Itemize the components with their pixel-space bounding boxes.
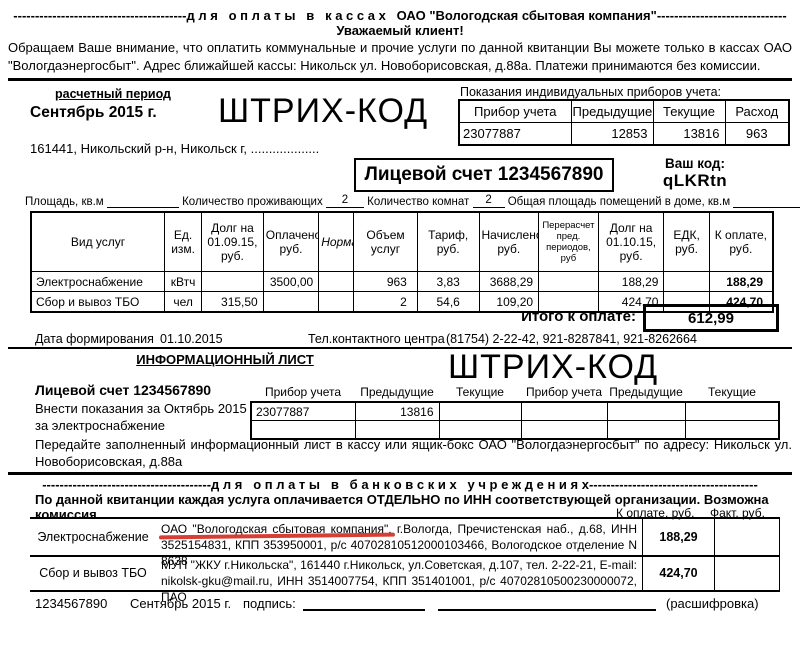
charges-header-cell: Долг на 01.10.15, руб. xyxy=(598,212,664,272)
residents-value: 2 xyxy=(326,194,364,208)
total-value: 612,99 xyxy=(688,310,734,327)
charges-header-cell: Перерасчет пред. периодов, руб xyxy=(539,212,599,272)
charges-header-row: Вид услуг Ед. изм. Долг на 01.09.15, руб… xyxy=(31,212,773,272)
charges-cell xyxy=(664,272,709,292)
info-header-cell: Прибор учета xyxy=(521,383,607,402)
info-current-cell[interactable] xyxy=(439,402,521,421)
charges-header-cell: Долг на 01.09.15, руб. xyxy=(202,212,264,272)
meter-current-cell: 13816 xyxy=(653,123,725,146)
formation-value: 01.10.2015 xyxy=(160,332,223,346)
info-current-cell[interactable] xyxy=(685,402,779,421)
rooms-value: 2 xyxy=(473,194,505,208)
info-sheet-title: ИНФОРМАЦИОННЫЙ ЛИСТ xyxy=(0,352,450,367)
dash-decor: --------------------------------------- xyxy=(42,477,211,492)
bank-title-line: ---------------------------------------д… xyxy=(0,477,800,492)
charges-cell xyxy=(263,292,318,313)
charges-table: Вид услуг Ед. изм. Долг на 01.09.15, руб… xyxy=(30,211,774,313)
info-account: Лицевой счет 1234567890 xyxy=(35,382,211,398)
info-header-cell: Текущие xyxy=(439,383,521,402)
address-line: 161441, Никольский р-н, Никольск г, ....… xyxy=(30,141,319,156)
signature-label: подпись: xyxy=(243,596,296,611)
divider-thick xyxy=(8,472,792,475)
meter-header-cell: Предыдущие xyxy=(571,100,653,123)
cash-notice: Обращаем Ваше внимание, что оплатить ком… xyxy=(8,39,792,75)
charges-cell: чел xyxy=(165,292,202,313)
dash-decor: ---------------------------------------- xyxy=(13,8,186,23)
meter-previous-cell: 12853 xyxy=(571,123,653,146)
charges-cell: 3688,29 xyxy=(479,272,539,292)
barcode-placeholder-top: ШТРИХ-КОД xyxy=(218,92,428,131)
your-code-block: Ваш код: qLKRtn xyxy=(640,156,750,191)
meter-device-cell: 23077887 xyxy=(459,123,571,146)
meter-header-cell: Прибор учета xyxy=(459,100,571,123)
charges-cell xyxy=(319,272,354,292)
charges-cell xyxy=(319,292,354,313)
charges-cell: 188,29 xyxy=(709,272,773,292)
dash-decor: --------------------------------------- xyxy=(589,477,758,492)
footer-period: Сентябрь 2015 г. xyxy=(130,596,231,611)
period-value: Сентябрь 2015 г. xyxy=(30,104,157,122)
bank-amount: 424,70 xyxy=(642,555,715,590)
info-device-cell[interactable] xyxy=(521,402,607,421)
meter-value-row: 23077887 12853 13816 963 xyxy=(459,123,789,146)
info-header-cell: Текущие xyxy=(685,383,779,402)
meter-header-cell: Текущие xyxy=(653,100,725,123)
dwelling-line: Площадь, кв.м Количество проживающих 2 К… xyxy=(25,194,795,208)
utility-bill-page: ----------------------------------------… xyxy=(0,0,800,665)
info-previous-cell[interactable] xyxy=(607,402,685,421)
info-header-cell: Прибор учета xyxy=(251,383,355,402)
charges-cell: 188,29 xyxy=(598,272,664,292)
contact-center-label: Тел.контактного центра xyxy=(308,332,445,346)
dash-decor: ------------------------------ xyxy=(657,8,787,23)
footer-account: 1234567890 xyxy=(35,596,107,611)
contact-center-phones: (81754) 2-22-42, 921-8287841, 921-826266… xyxy=(446,332,697,346)
cash-title-line: ----------------------------------------… xyxy=(0,8,800,23)
charges-cell: 3500,00 xyxy=(263,272,318,292)
bank-row-electricity: Электроснабжение ОАО "Вологодская сбытов… xyxy=(30,517,780,557)
bank-org-details: ОАО "Вологодская сбытовая компания", г.В… xyxy=(156,519,642,555)
charges-header-cell: Оплачено, руб. xyxy=(263,212,318,272)
signature-blank[interactable] xyxy=(303,596,425,611)
charges-header-cell: Норматив xyxy=(319,212,354,272)
cash-title: д л я о п л а т ы в к а с с а х ОАО "Вол… xyxy=(186,8,656,23)
bank-fact-blank[interactable] xyxy=(715,519,780,555)
info-readings-table: Прибор учета Предыдущие Текущие Прибор у… xyxy=(250,383,780,440)
meter-readings-title: Показания индивидуальных приборов учета: xyxy=(460,85,721,99)
info-header-cell: Предыдущие xyxy=(607,383,685,402)
bank-amount: 188,29 xyxy=(642,519,715,555)
house-area-label: Общая площадь помещений в доме, кв.м xyxy=(508,196,730,208)
divider xyxy=(8,347,792,349)
meter-readings-table: Прибор учета Предыдущие Текущие Расход 2… xyxy=(458,99,790,146)
period-label: расчетный период xyxy=(55,87,171,101)
your-code-label: Ваш код: xyxy=(640,156,750,171)
area-label: Площадь, кв.м xyxy=(25,196,104,208)
info-line2: за электроснабжение xyxy=(35,418,165,433)
total-box: 612,99 xyxy=(643,304,779,332)
info-row: 23077887 13816 xyxy=(251,402,779,421)
charges-header-cell: Вид услуг xyxy=(31,212,165,272)
rooms-label: Количество комнат xyxy=(367,196,469,208)
total-label: Итого к оплате: xyxy=(380,308,636,325)
barcode-placeholder-info: ШТРИХ-КОД xyxy=(448,348,658,387)
info-header-row: Прибор учета Предыдущие Текущие Прибор у… xyxy=(251,383,779,402)
info-line1: Внести показания за Октябрь 2015 xyxy=(35,401,247,416)
decipher-blank[interactable] xyxy=(438,596,656,611)
info-header-cell: Предыдущие xyxy=(355,383,439,402)
your-code-value: qLKRtn xyxy=(640,171,750,191)
residents-label: Количество проживающих xyxy=(182,196,323,208)
charges-header-cell: Начислено, руб. xyxy=(479,212,539,272)
charges-cell: кВтч xyxy=(165,272,202,292)
bank-title: д л я о п л а т ы в б а н к о в с к и х … xyxy=(211,477,589,492)
account-number-box: Лицевой счет 1234567890 xyxy=(354,158,614,192)
bank-service-name: Электроснабжение xyxy=(30,519,156,555)
charges-header-cell: Ед. изм. xyxy=(165,212,202,272)
bank-row-waste: Сбор и вывоз ТБО МУП "ЖКУ г.Никольска", … xyxy=(30,555,780,592)
house-area-blank[interactable] xyxy=(733,194,800,208)
charges-cell xyxy=(539,272,599,292)
meter-header-row: Прибор учета Предыдущие Текущие Расход xyxy=(459,100,789,123)
charges-cell: Сбор и вывоз ТБО xyxy=(31,292,165,313)
info-previous-cell: 13816 xyxy=(355,402,439,421)
decipher-label: (расшифровка) xyxy=(666,596,759,611)
bank-service-name: Сбор и вывоз ТБО xyxy=(30,555,156,590)
info-device-cell: 23077887 xyxy=(251,402,355,421)
account-number: Лицевой счет 1234567890 xyxy=(365,164,604,186)
transfer-note: Передайте заполненный информационный лис… xyxy=(35,437,792,470)
charges-header-cell: ЕДК, руб. xyxy=(664,212,709,272)
area-blank[interactable] xyxy=(107,194,179,208)
charges-header-cell: Тариф, руб. xyxy=(417,212,479,272)
charges-cell xyxy=(202,272,264,292)
bank-org-details: МУП "ЖКУ г.Никольска", 161440 г.Никольск… xyxy=(156,555,642,590)
meter-usage-cell: 963 xyxy=(725,123,789,146)
greeting: Уважаемый клиент! xyxy=(0,23,800,38)
meter-header-cell: Расход xyxy=(725,100,789,123)
divider-thick xyxy=(8,78,792,81)
charges-row-electricity: Электроснабжение кВтч 3500,00 963 3,83 3… xyxy=(31,272,773,292)
charges-cell: 315,50 xyxy=(202,292,264,313)
charges-cell: Электроснабжение xyxy=(31,272,165,292)
charges-cell: 963 xyxy=(354,272,418,292)
bank-fact-blank[interactable] xyxy=(715,555,780,590)
charges-cell: 3,83 xyxy=(417,272,479,292)
charges-header-cell: Объем услуг xyxy=(354,212,418,272)
charges-header-cell: К оплате, руб. xyxy=(709,212,773,272)
formation-label: Дата формирования xyxy=(35,332,154,346)
